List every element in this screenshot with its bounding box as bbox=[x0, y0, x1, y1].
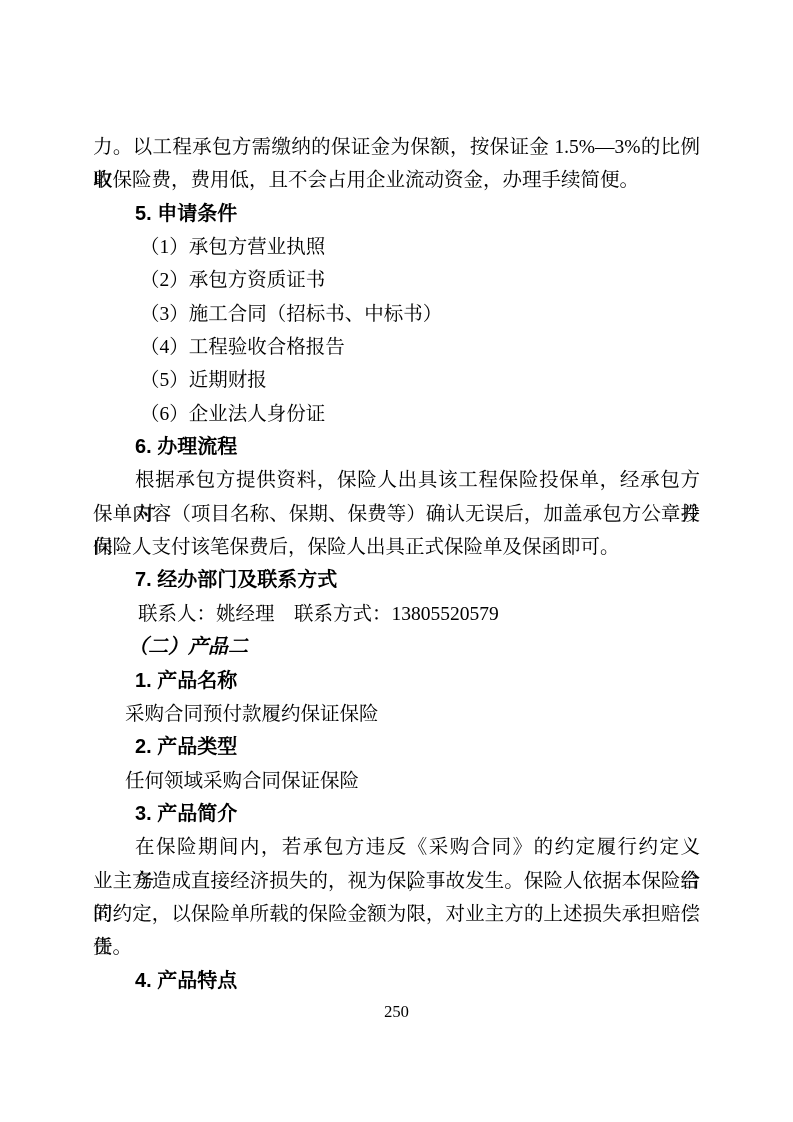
body-text-line: 取保险费，费用低，且不会占用企业流动资金，办理手续简便。 bbox=[93, 164, 700, 197]
body-text-line: 任。 bbox=[93, 931, 700, 964]
section-heading: 5. 申请条件 bbox=[93, 198, 700, 231]
body-text-line: 业主方造成直接经济损失的，视为保险事故发生。保险人依据本保险合同 bbox=[93, 865, 700, 898]
body-text-line: 的约定，以保险单所载的保险金额为限，对业主方的上述损失承担赔偿责 bbox=[93, 898, 700, 931]
product-text-line: 任何领域采购合同保证保险 bbox=[93, 765, 700, 798]
list-item-line: （3）施工合同（招标书、中标书） bbox=[93, 298, 700, 331]
document-text-column: 力。以工程承包方需缴纳的保证金为保额，按保证金 1.5%—3%的比例收取保险费，… bbox=[93, 131, 700, 998]
list-item-line: （4）工程验收合格报告 bbox=[93, 331, 700, 364]
list-item-line: （1）承包方营业执照 bbox=[93, 231, 700, 264]
page-number: 250 bbox=[0, 1001, 793, 1023]
subsection-heading: （二）产品二 bbox=[93, 631, 700, 664]
section-heading: 3. 产品简介 bbox=[93, 798, 700, 831]
paragraph-first-line: 在保险期间内，若承包方违反《采购合同》的约定履行约定义务，给 bbox=[93, 831, 700, 864]
section-heading: 7. 经办部门及联系方式 bbox=[93, 564, 700, 597]
section-heading: 4. 产品特点 bbox=[93, 965, 700, 998]
body-text-line: 保险人支付该笔保费后，保险人出具正式保险单及保函即可。 bbox=[93, 531, 700, 564]
list-item-line: （2）承包方资质证书 bbox=[93, 264, 700, 297]
list-item-line: （5）近期财报 bbox=[93, 364, 700, 397]
document-page: 力。以工程承包方需缴纳的保证金为保额，按保证金 1.5%—3%的比例收取保险费，… bbox=[0, 0, 793, 1122]
section-heading: 1. 产品名称 bbox=[93, 665, 700, 698]
list-item-line: （6）企业法人身份证 bbox=[93, 398, 700, 431]
contact-line: 联系人：姚经理 联系方式：13805520579 bbox=[93, 598, 700, 631]
body-text-line: 力。以工程承包方需缴纳的保证金为保额，按保证金 1.5%—3%的比例收 bbox=[93, 131, 700, 164]
section-heading: 2. 产品类型 bbox=[93, 731, 700, 764]
section-heading: 6. 办理流程 bbox=[93, 431, 700, 464]
paragraph-first-line: 根据承包方提供资料，保险人出具该工程保险投保单，经承包方对投 bbox=[93, 464, 700, 497]
body-text-line: 保单内容（项目名称、保期、保费等）确认无误后，加盖承包方公章并向 bbox=[93, 498, 700, 531]
product-text-line: 采购合同预付款履约保证保险 bbox=[93, 698, 700, 731]
